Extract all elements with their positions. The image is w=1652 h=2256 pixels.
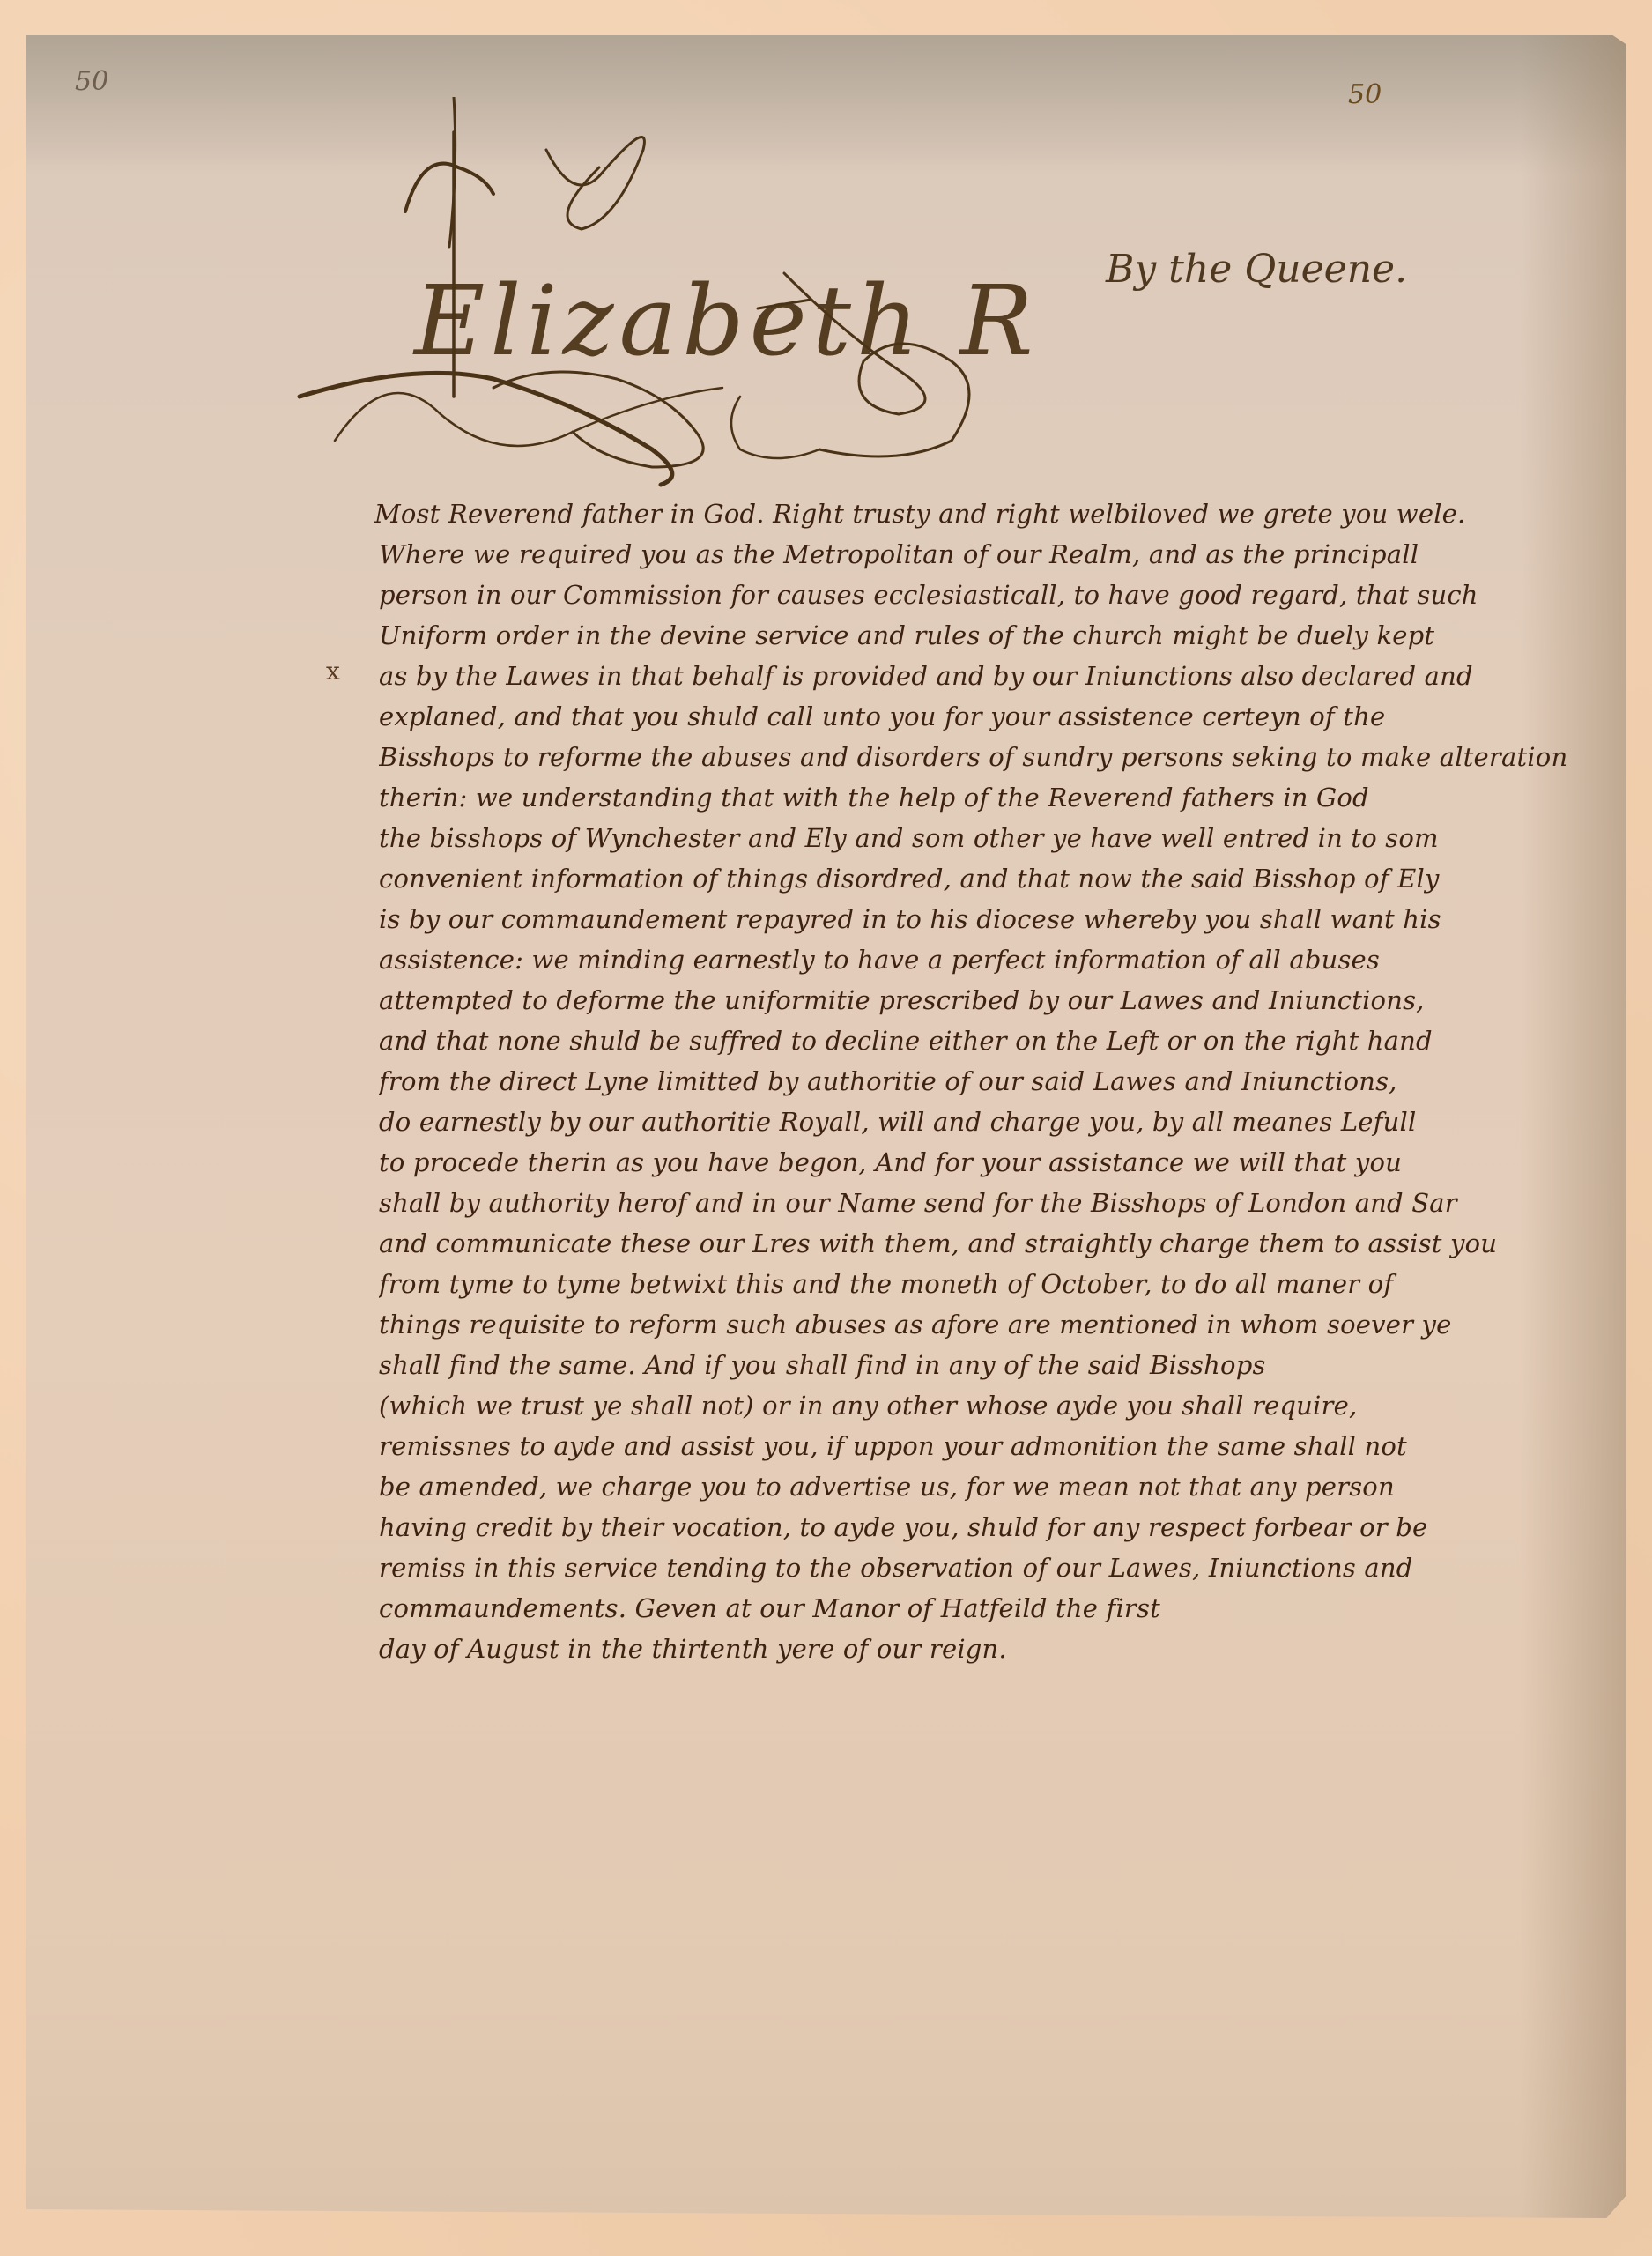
letter-line: convenient information of things disordr… <box>379 858 1612 899</box>
folio-number-left: 50 <box>75 66 108 97</box>
letter-line: Where we required you as the Metropolita… <box>379 534 1612 575</box>
margin-mark: x <box>326 657 340 686</box>
letter-line: remissnes to ayde and assist you, if upp… <box>379 1426 1612 1466</box>
letter-line: remiss in this service tending to the ob… <box>379 1547 1612 1588</box>
letter-line: therin: we understanding that with the h… <box>379 777 1612 818</box>
letter-line: is by our commaundement repayred in to h… <box>379 899 1612 939</box>
letter-line: shall by authority herof and in our Name… <box>379 1183 1612 1223</box>
royal-signature: Elizabeth R <box>282 97 1075 467</box>
letter-line: having credit by their vocation, to ayde… <box>379 1507 1612 1547</box>
letter-line: (which we trust ye shall not) or in any … <box>379 1385 1612 1426</box>
letter-line: from tyme to tyme betwixt this and the m… <box>379 1264 1612 1304</box>
folio-number-right: 50 <box>1348 79 1382 110</box>
letter-line: explaned, and that you shuld call unto y… <box>379 696 1612 737</box>
letter-line: Most Reverend father in God. Right trust… <box>374 493 1612 534</box>
letter-line: assistence: we minding earnestly to have… <box>379 939 1612 980</box>
letter-body: Most Reverend father in God. Right trust… <box>379 493 1612 1669</box>
letter-line: as by the Lawes in that behalf is provid… <box>379 656 1612 696</box>
letter-line: things requisite to reform such abuses a… <box>379 1304 1612 1345</box>
letter-line: to procede therin as you have begon, And… <box>379 1142 1612 1183</box>
letter-line: attempted to deforme the uniformitie pre… <box>379 980 1612 1020</box>
letter-line: and communicate these our Lres with them… <box>379 1223 1612 1264</box>
letter-line: the bisshops of Wynchester and Ely and s… <box>379 818 1612 858</box>
letter-line: be amended, we charge you to advertise u… <box>379 1466 1612 1507</box>
letter-line: do earnestly by our authoritie Royall, w… <box>379 1102 1612 1142</box>
letter-line-dating-clause: day of August in the thirtenth yere of o… <box>379 1629 1612 1669</box>
letter-line: shall find the same. And if you shall fi… <box>379 1345 1612 1385</box>
letter-line: Uniform order in the devine service and … <box>379 615 1612 656</box>
heading-by-the-queen: By the Queene. <box>1106 247 1407 292</box>
letter-line-dating-clause: commaundements. Geven at our Manor of Ha… <box>379 1588 1612 1629</box>
letter-line: Bisshops to reforme the abuses and disor… <box>379 737 1612 777</box>
signature-text: Elizabeth R <box>414 264 1039 377</box>
letter-line: person in our Commission for causes eccl… <box>379 575 1612 615</box>
letter-line: from the direct Lyne limitted by authori… <box>379 1061 1612 1102</box>
letter-line: and that none shuld be suffred to declin… <box>379 1020 1612 1061</box>
